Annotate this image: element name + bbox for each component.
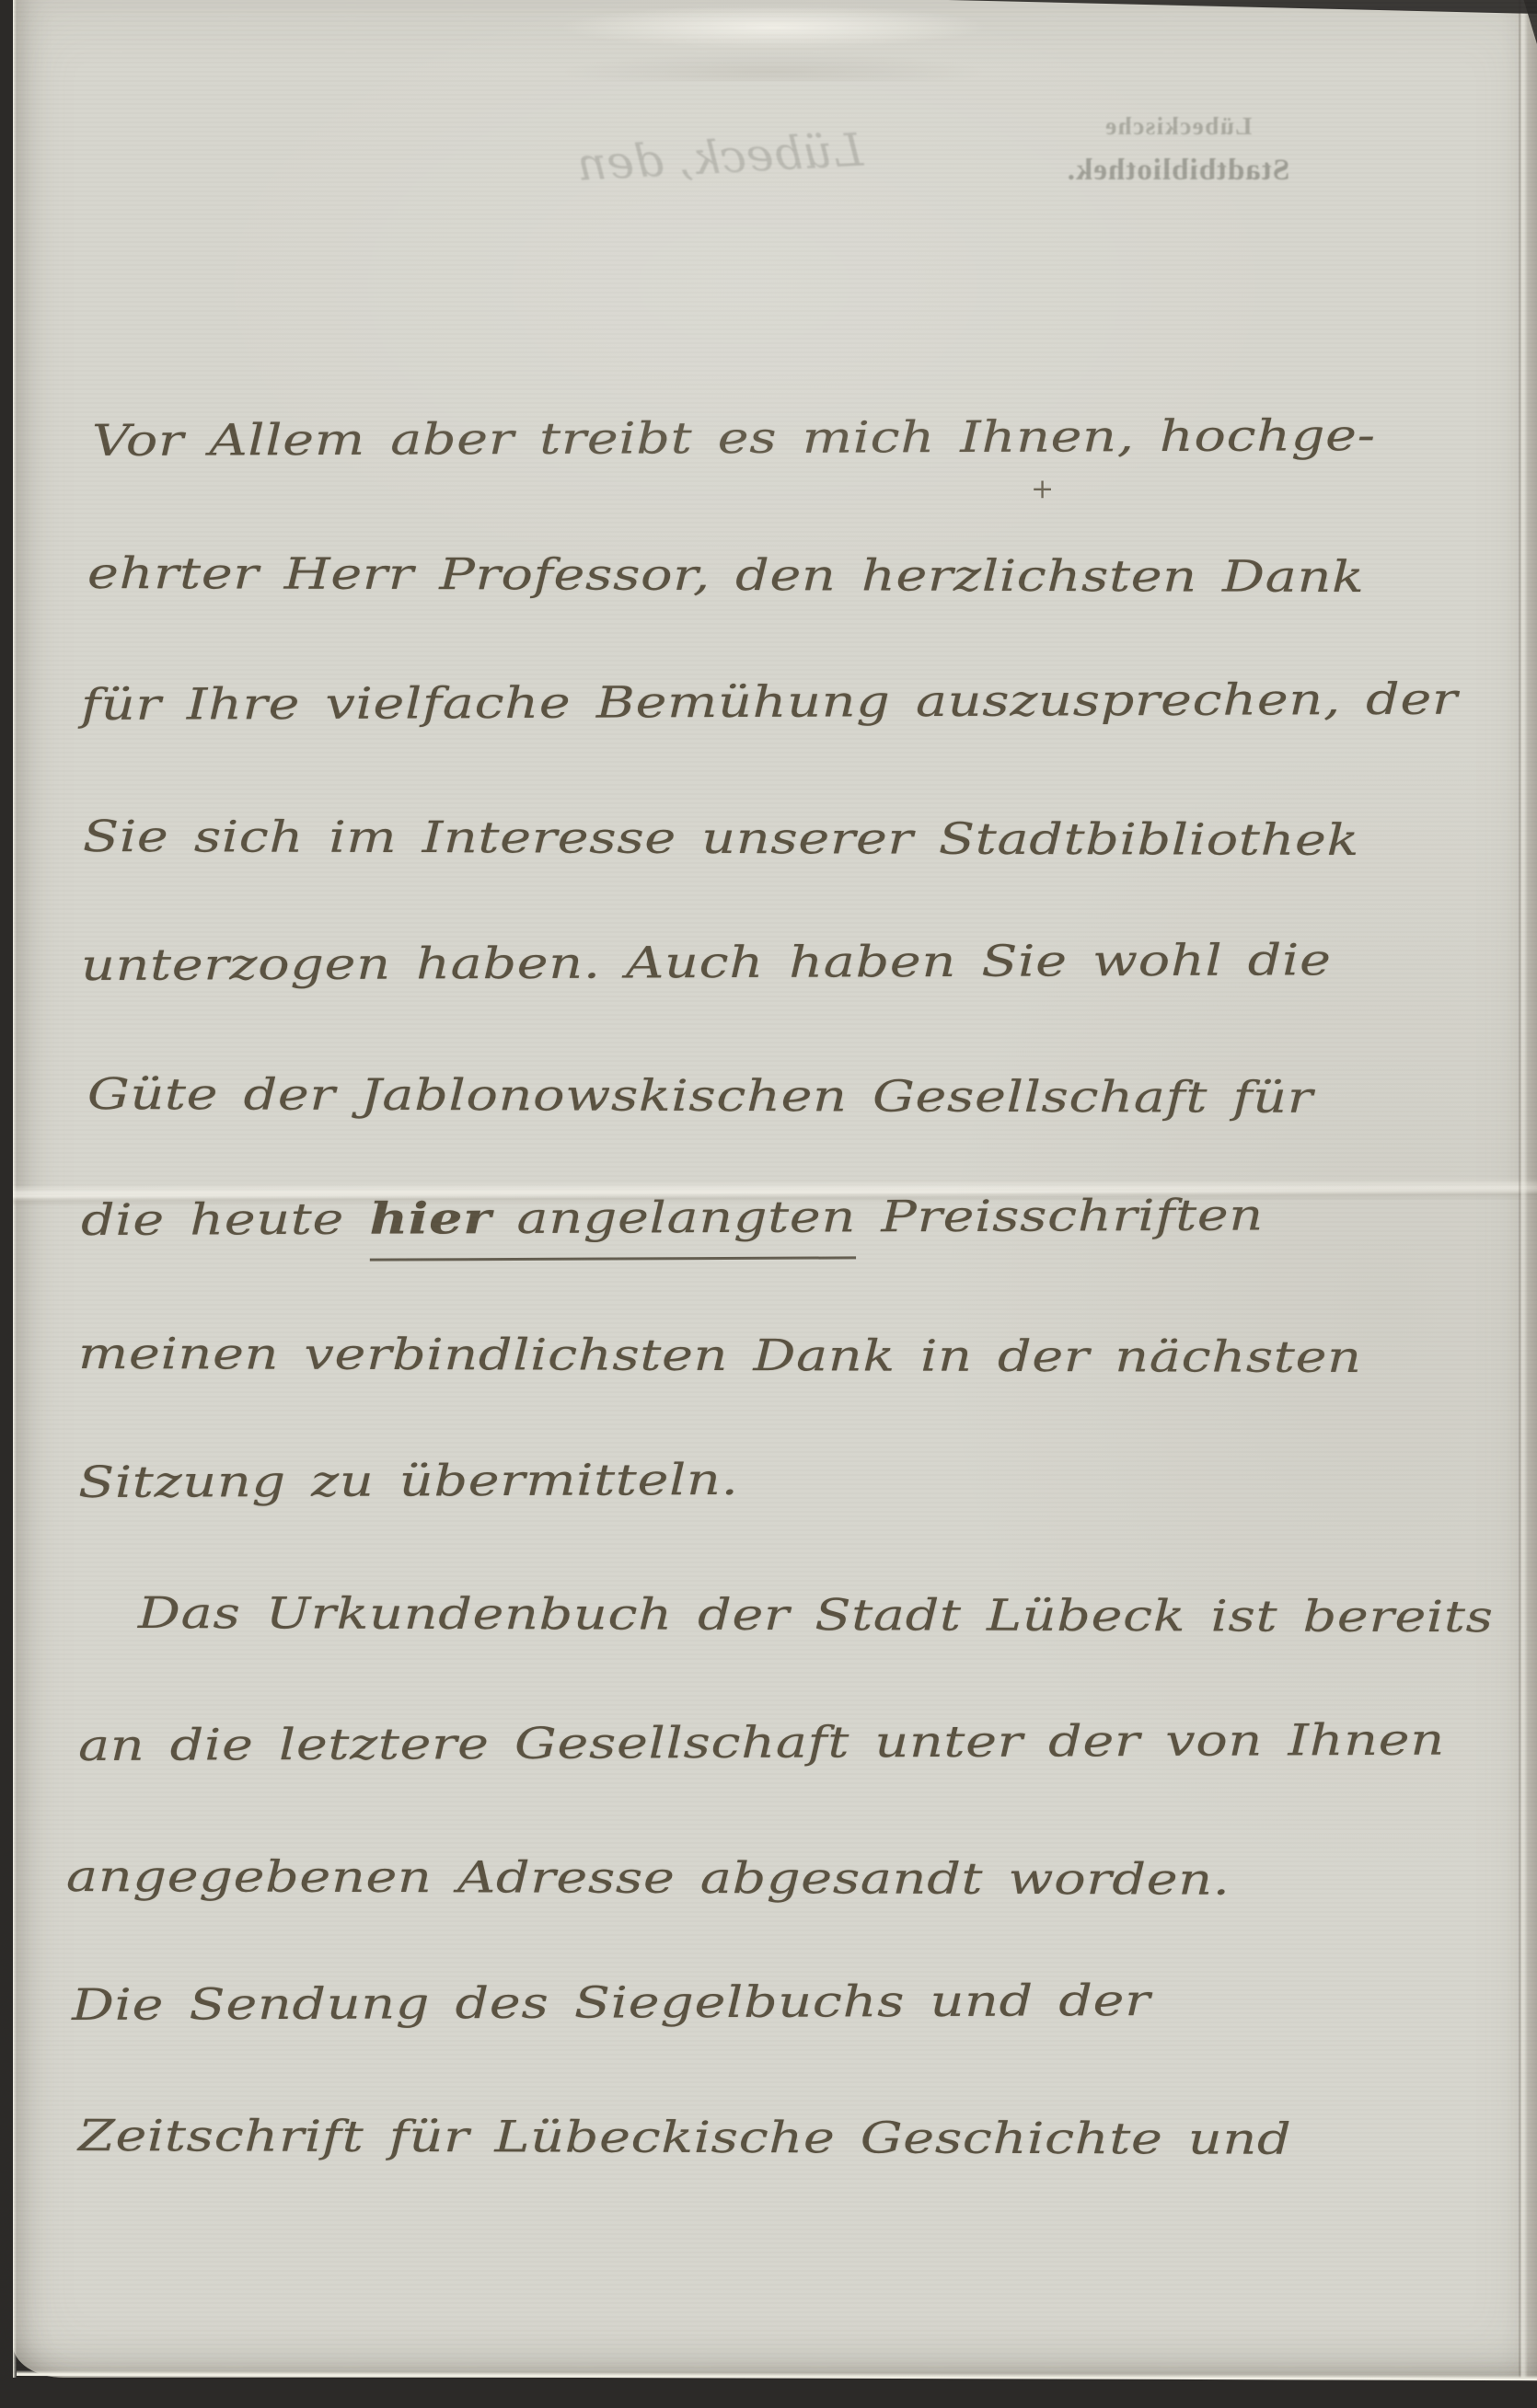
underlined-phrase: hier angelangten xyxy=(369,1192,856,1261)
insertion-mark: + xyxy=(1031,473,1054,505)
letter-line: Güte der Jablonowskischen Gesellschaft f… xyxy=(87,1066,1313,1127)
line-segment: die heute xyxy=(81,1194,370,1246)
letter-line: angegebenen Adresse abgesandt worden. xyxy=(66,1848,1231,1909)
letter-line: für Ihre vielfache Bemühung auszuspreche… xyxy=(81,671,1458,735)
letter-line: meinen verbindlichsten Dank in der nächs… xyxy=(78,1325,1362,1387)
letter-line: an die letztere Gesellschaft unter der v… xyxy=(78,1711,1445,1776)
letter-line-with-underline: die heute hier angelangten Preisschrifte… xyxy=(81,1186,1264,1250)
overwritten-word: hier xyxy=(369,1193,491,1245)
letter-line: Sie sich im Interesse unserer Stadtbibli… xyxy=(83,808,1359,870)
letter-line: Die Sendung des Siegelbuchs und der xyxy=(72,1972,1151,2034)
handwritten-letter-body: Vor Allem aber treibt es mich Ihnen, hoc… xyxy=(0,0,1537,2408)
letter-line: Zeitschrift für Lübeckische Geschichte u… xyxy=(78,2107,1292,2169)
letter-line: Vor Allem aber treibt es mich Ihnen, hoc… xyxy=(92,407,1376,470)
scanned-letter-page: Lübeckische Stadtbibliothek. Lübeck, den… xyxy=(0,0,1537,2408)
letter-line: Das Urkundenbuch der Stadt Lübeck ist be… xyxy=(138,1584,1494,1647)
letter-line: ehrter Herr Professor, den herzlichsten … xyxy=(87,545,1365,606)
line-segment: angelangten xyxy=(491,1192,856,1244)
line-segment: Preisschriften xyxy=(856,1190,1264,1242)
letter-line: unterzogen haben. Auch haben Sie wohl di… xyxy=(81,931,1332,995)
letter-line: Sitzung zu übermitteln. xyxy=(78,1451,739,1513)
